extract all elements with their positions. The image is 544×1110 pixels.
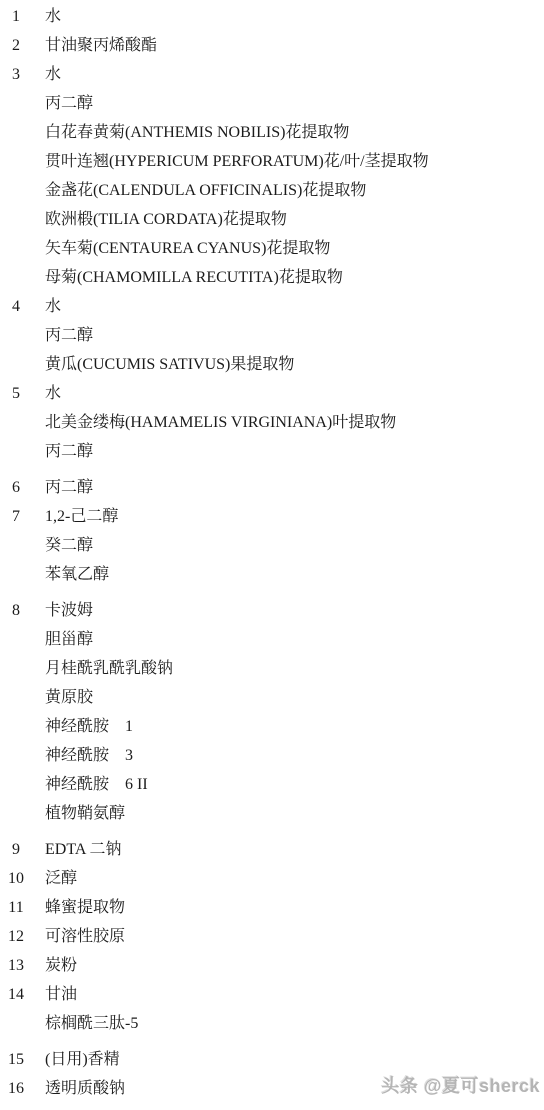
- ingredient-line: 神经酰胺 6 II: [32, 770, 544, 799]
- table-row: 9 EDTA 二钠: [0, 835, 544, 864]
- ingredient-line: 水: [32, 2, 544, 31]
- ingredient-line: 卡波姆: [32, 596, 544, 625]
- table-row: 14 甘油棕榈酰三肽-5: [0, 980, 544, 1038]
- ingredient-line: 水: [32, 292, 544, 321]
- row-number: 12: [0, 922, 32, 951]
- ingredient-line: 贯叶连翘(HYPERICUM PERFORATUM)花/叶/茎提取物: [32, 147, 544, 176]
- row-number: 9: [0, 835, 32, 864]
- ingredient-lines: 1,2-己二醇癸二醇苯氧乙醇: [32, 502, 544, 589]
- ingredient-lines: EDTA 二钠: [32, 835, 544, 864]
- ingredient-table: 1 水 2 甘油聚丙烯酸酯 3 水丙二醇白花春黄菊(ANTHEMIS NOBIL…: [0, 0, 544, 1103]
- ingredient-line: 泛醇: [32, 864, 544, 893]
- row-number: 5: [0, 379, 32, 408]
- ingredient-line: 白花春黄菊(ANTHEMIS NOBILIS)花提取物: [32, 118, 544, 147]
- table-row: 12 可溶性胶原: [0, 922, 544, 951]
- row-number: 16: [0, 1074, 32, 1103]
- row-number: 13: [0, 951, 32, 980]
- ingredient-line: 黄原胶: [32, 683, 544, 712]
- ingredient-lines: 泛醇: [32, 864, 544, 893]
- ingredient-line: 神经酰胺 1: [32, 712, 544, 741]
- row-number: 10: [0, 864, 32, 893]
- ingredient-line: 甘油聚丙烯酸酯: [32, 31, 544, 60]
- ingredient-lines: (日用)香精: [32, 1045, 544, 1074]
- table-row: 13 炭粉: [0, 951, 544, 980]
- ingredient-line: 北美金缕梅(HAMAMELIS VIRGINIANA)叶提取物: [32, 408, 544, 437]
- ingredient-lines: 水丙二醇白花春黄菊(ANTHEMIS NOBILIS)花提取物贯叶连翘(HYPE…: [32, 60, 544, 292]
- document-page: { "page": { "background": "#ffffff", "te…: [0, 0, 544, 1110]
- ingredient-line: 炭粉: [32, 951, 544, 980]
- row-number: 7: [0, 502, 32, 531]
- ingredient-line: 丙二醇: [32, 473, 544, 502]
- ingredient-line: 棕榈酰三肽-5: [32, 1009, 544, 1038]
- table-row: 5 水北美金缕梅(HAMAMELIS VIRGINIANA)叶提取物丙二醇: [0, 379, 544, 466]
- ingredient-line: 黄瓜(CUCUMIS SATIVUS)果提取物: [32, 350, 544, 379]
- ingredient-line: 金盏花(CALENDULA OFFICINALIS)花提取物: [32, 176, 544, 205]
- table-row: 6 丙二醇: [0, 473, 544, 502]
- table-row: 10 泛醇: [0, 864, 544, 893]
- table-row: 15 (日用)香精: [0, 1045, 544, 1074]
- table-row: 11 蜂蜜提取物: [0, 893, 544, 922]
- ingredient-line: 水: [32, 60, 544, 89]
- row-number: 1: [0, 2, 32, 31]
- ingredient-lines: 可溶性胶原: [32, 922, 544, 951]
- ingredient-line: 癸二醇: [32, 531, 544, 560]
- ingredient-line: 母菊(CHAMOMILLA RECUTITA)花提取物: [32, 263, 544, 292]
- ingredient-line: EDTA 二钠: [32, 835, 544, 864]
- row-number: 14: [0, 980, 32, 1009]
- ingredient-line: (日用)香精: [32, 1045, 544, 1074]
- row-number: 11: [0, 893, 32, 922]
- table-row: 8 卡波姆胆甾醇月桂酰乳酰乳酸钠黄原胶神经酰胺 1神经酰胺 3神经酰胺 6 II…: [0, 596, 544, 828]
- ingredient-lines: 蜂蜜提取物: [32, 893, 544, 922]
- ingredient-line: 月桂酰乳酰乳酸钠: [32, 654, 544, 683]
- row-number: 2: [0, 31, 32, 60]
- ingredient-lines: 甘油棕榈酰三肽-5: [32, 980, 544, 1038]
- row-number: 8: [0, 596, 32, 625]
- ingredient-lines: 水: [32, 2, 544, 31]
- ingredient-line: 可溶性胶原: [32, 922, 544, 951]
- ingredient-line: 苯氧乙醇: [32, 560, 544, 589]
- ingredient-line: 胆甾醇: [32, 625, 544, 654]
- watermark: 头条 @夏可sherck: [381, 1072, 540, 1098]
- row-number: 6: [0, 473, 32, 502]
- ingredient-line: 甘油: [32, 980, 544, 1009]
- ingredient-line: 矢车菊(CENTAUREA CYANUS)花提取物: [32, 234, 544, 263]
- table-row: 4 水丙二醇黄瓜(CUCUMIS SATIVUS)果提取物: [0, 292, 544, 379]
- ingredient-lines: 卡波姆胆甾醇月桂酰乳酰乳酸钠黄原胶神经酰胺 1神经酰胺 3神经酰胺 6 II植物…: [32, 596, 544, 828]
- row-number: 3: [0, 60, 32, 89]
- ingredient-line: 丙二醇: [32, 321, 544, 350]
- row-number: 4: [0, 292, 32, 321]
- ingredient-line: 植物鞘氨醇: [32, 799, 544, 828]
- ingredient-lines: 水丙二醇黄瓜(CUCUMIS SATIVUS)果提取物: [32, 292, 544, 379]
- ingredient-line: 1,2-己二醇: [32, 502, 544, 531]
- ingredient-lines: 水北美金缕梅(HAMAMELIS VIRGINIANA)叶提取物丙二醇: [32, 379, 544, 466]
- ingredient-lines: 丙二醇: [32, 473, 544, 502]
- ingredient-line: 神经酰胺 3: [32, 741, 544, 770]
- table-row: 2 甘油聚丙烯酸酯: [0, 31, 544, 60]
- table-row: 3 水丙二醇白花春黄菊(ANTHEMIS NOBILIS)花提取物贯叶连翘(HY…: [0, 60, 544, 292]
- ingredient-lines: 炭粉: [32, 951, 544, 980]
- ingredient-line: 水: [32, 379, 544, 408]
- ingredient-line: 丙二醇: [32, 437, 544, 466]
- ingredient-line: 蜂蜜提取物: [32, 893, 544, 922]
- ingredient-line: 丙二醇: [32, 89, 544, 118]
- ingredient-lines: 甘油聚丙烯酸酯: [32, 31, 544, 60]
- table-row: 7 1,2-己二醇癸二醇苯氧乙醇: [0, 502, 544, 589]
- ingredient-line: 欧洲椴(TILIA CORDATA)花提取物: [32, 205, 544, 234]
- row-number: 15: [0, 1045, 32, 1074]
- table-row: 1 水: [0, 2, 544, 31]
